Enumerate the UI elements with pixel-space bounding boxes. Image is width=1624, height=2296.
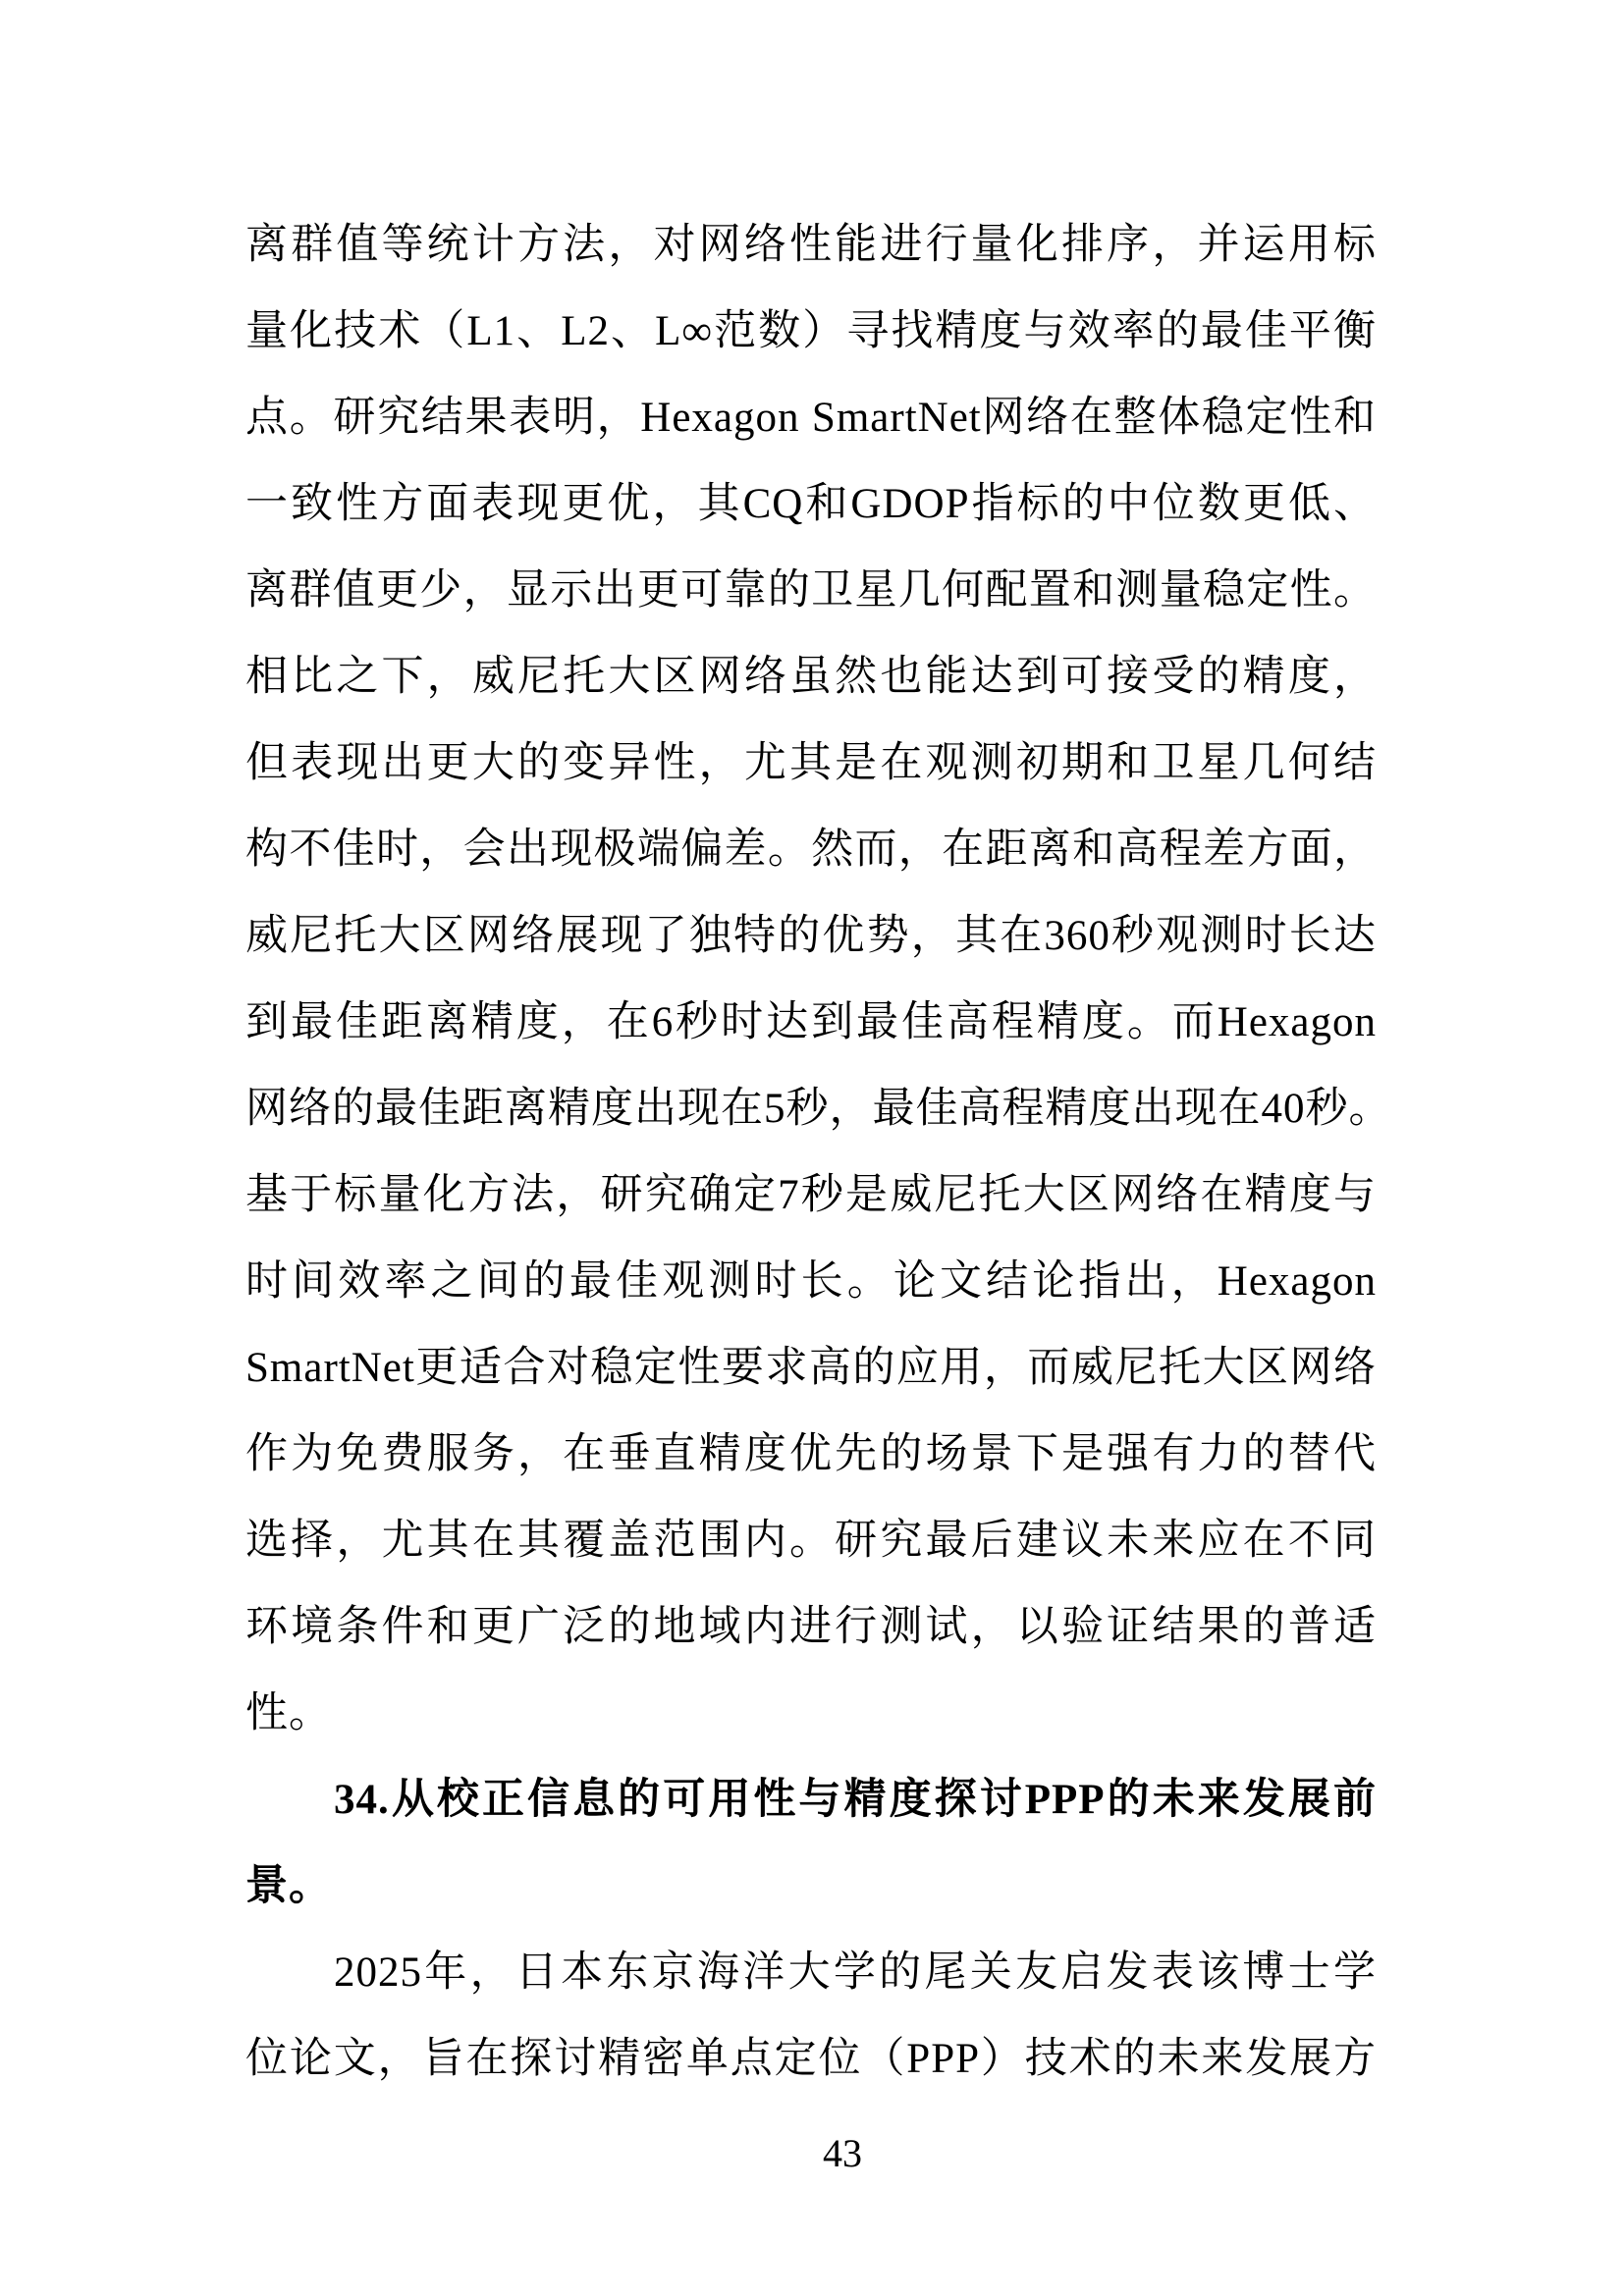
document-page: 离群值等统计方法，对网络性能进行量化排序，并运用标 量化技术（L1、L2、L∞范…: [0, 0, 1624, 2296]
body-line: 位论文，旨在探讨精密单点定位（PPP）技术的未来发展方: [245, 2016, 1377, 2103]
body-line: 基于标量化方法，研究确定7秒是威尼托大区网络在精度与: [245, 1152, 1377, 1239]
body-line: 但表现出更大的变异性，尤其是在观测初期和卫星几何结: [245, 721, 1377, 807]
body-line: 性。: [245, 1671, 1377, 1757]
body-line: 点。研究结果表明，Hexagon SmartNet网络在整体稳定性和: [245, 375, 1377, 461]
body-line: 离群值更少，显示出更可靠的卫星几何配置和测量稳定性。: [245, 548, 1377, 634]
body-line: 离群值等统计方法，对网络性能进行量化排序，并运用标: [245, 202, 1377, 289]
body-line: 量化技术（L1、L2、L∞范数）寻找精度与效率的最佳平衡: [245, 289, 1377, 375]
body-line: 环境条件和更广泛的地域内进行测试，以验证结果的普适: [245, 1584, 1377, 1671]
body-line: 到最佳距离精度，在6秒时达到最佳高程精度。而Hexagon: [245, 980, 1377, 1066]
text-body: 离群值等统计方法，对网络性能进行量化排序，并运用标 量化技术（L1、L2、L∞范…: [245, 202, 1377, 2103]
body-line: 相比之下，威尼托大区网络虽然也能达到可接受的精度，: [245, 634, 1377, 721]
body-line: SmartNet更适合对稳定性要求高的应用，而威尼托大区网络: [245, 1325, 1377, 1412]
body-line: 威尼托大区网络展现了独特的优势，其在360秒观测时长达: [245, 893, 1377, 980]
body-line: 一致性方面表现更优，其CQ和GDOP指标的中位数更低、: [245, 461, 1377, 548]
body-line: 选择，尤其在其覆盖范围内。研究最后建议未来应在不同: [245, 1498, 1377, 1584]
section-heading-line: 34.从校正信息的可用性与精度探讨PPP的未来发展前: [245, 1757, 1377, 1843]
body-line: 作为免费服务，在垂直精度优先的场景下是强有力的替代: [245, 1412, 1377, 1498]
section-heading-line: 景。: [245, 1843, 1377, 1930]
page-number: 43: [30, 2132, 1624, 2175]
body-line: 网络的最佳距离精度出现在5秒，最佳高程精度出现在40秒。: [245, 1066, 1377, 1152]
body-line: 2025年，日本东京海洋大学的尾关友启发表该博士学: [245, 1930, 1377, 2016]
body-line: 时间效率之间的最佳观测时长。论文结论指出，Hexagon: [245, 1239, 1377, 1325]
body-line: 构不佳时，会出现极端偏差。然而，在距离和高程差方面，: [245, 807, 1377, 893]
